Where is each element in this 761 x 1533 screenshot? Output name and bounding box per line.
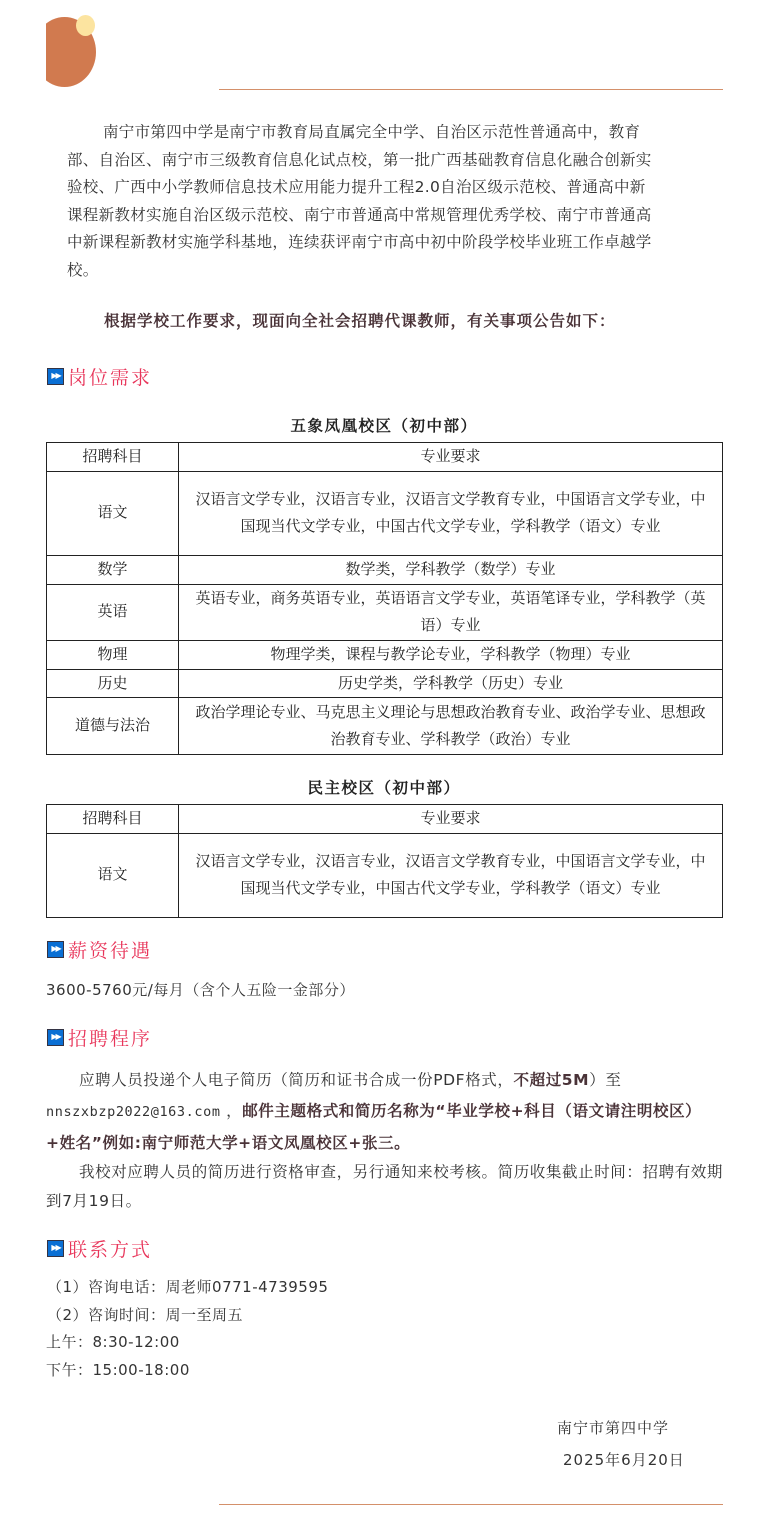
signature-org: 南宁市第四中学 xyxy=(557,1417,669,1438)
requirement-cell: 汉语言文学专业，汉语言专业，汉语言文学教育专业，中国语言文学专业，中国现当代文学… xyxy=(179,471,723,555)
header-subject: 招聘科目 xyxy=(47,805,179,834)
footer-divider xyxy=(219,1504,723,1505)
table-row: 数学 数学类，学科教学（数学）专业 xyxy=(47,555,723,584)
section-title: 招聘程序 xyxy=(68,1024,152,1051)
table-row: 英语 英语专业，商务英语专业，英语语言文学专业，英语笔译专业，学科教学（英语）专… xyxy=(47,584,723,640)
table-row: 历史 历史学类，学科教学（历史）专业 xyxy=(47,669,723,698)
subject-cell: 道德与法治 xyxy=(47,698,179,755)
process-paragraph-2: 我校对应聘人员的简历进行资格审查，另行通知来校考核。简历收集截止时间：招聘有效期… xyxy=(46,1158,726,1216)
email-link[interactable]: nnszxbzp2022@163.com xyxy=(46,1104,221,1120)
requirement-cell: 英语专业，商务英语专业，英语语言文学专业，英语笔译专业，学科教学（英语）专业 xyxy=(179,584,723,640)
subject-cell: 历史 xyxy=(47,669,179,698)
intro-line: 验校、广西中小学教师信息技术应用能力提升工程2.0自治区级示范校、普通高中新 xyxy=(67,174,707,202)
subject-cell: 物理 xyxy=(47,640,179,669)
logo-circle-small xyxy=(76,15,95,36)
table-title-wuxiang: 五象凤凰校区（初中部） xyxy=(46,414,722,436)
requirements-table-wuxiang: 招聘科目 专业要求 语文 汉语言文学专业，汉语言专业，汉语言文学教育专业，中国语… xyxy=(46,442,723,755)
contact-days: （2）咨询时间：周一至周五 xyxy=(47,1304,243,1325)
fast-forward-icon: ▶▶ xyxy=(47,1029,64,1046)
header-subject: 招聘科目 xyxy=(47,443,179,472)
requirement-cell: 物理学类，课程与教学论专业，学科教学（物理）专业 xyxy=(179,640,723,669)
intro-paragraph: 南宁市第四中学是南宁市教育局直属完全中学、自治区示范性普通高中，教育 部、自治区… xyxy=(67,119,707,284)
salary-text: 3600-5760元/每月（含个人五险一金部分） xyxy=(46,979,355,1000)
subject-cell: 语文 xyxy=(47,833,179,917)
requirements-table-minzhu: 招聘科目 专业要求 语文 汉语言文学专业，汉语言专业，汉语言文学教育专业，中国语… xyxy=(46,804,723,918)
fast-forward-icon: ▶▶ xyxy=(47,941,64,958)
table-row: 道德与法治 政治学理论专业、马克思主义理论与思想政治教育专业、政治学专业、思想政… xyxy=(47,698,723,755)
contact-afternoon-hours: 下午：15:00-18:00 xyxy=(46,1359,190,1380)
table-row: 语文 汉语言文学专业，汉语言专业，汉语言文学教育专业，中国语言文学专业，中国现当… xyxy=(47,471,723,555)
requirement-cell: 历史学类，学科教学（历史）专业 xyxy=(179,669,723,698)
header-requirement: 专业要求 xyxy=(179,805,723,834)
intro-line: 南宁市第四中学是南宁市教育局直属完全中学、自治区示范性普通高中，教育 xyxy=(67,119,707,147)
section-header-positions: ▶▶ 岗位需求 xyxy=(47,364,152,388)
section-title: 岗位需求 xyxy=(68,363,152,390)
fast-forward-icon: ▶▶ xyxy=(47,1240,64,1257)
process-text: 应聘人员投递个人电子简历（简历和证书合成一份PDF格式， xyxy=(79,1071,514,1089)
section-header-salary: ▶▶ 薪资待遇 xyxy=(47,937,152,961)
header-divider xyxy=(219,89,723,90)
requirement-cell: 汉语言文学专业，汉语言专业，汉语言文学教育专业，中国语言文学专业，中国现当代文学… xyxy=(179,833,723,917)
subject-cell: 数学 xyxy=(47,555,179,584)
size-limit-text: 不超过5M xyxy=(514,1071,590,1089)
process-paragraph-1: 应聘人员投递个人电子简历（简历和证书合成一份PDF格式，不超过5M）至nnszx… xyxy=(46,1065,726,1159)
signature-date: 2025年6月20日 xyxy=(563,1449,685,1470)
section-header-process: ▶▶ 招聘程序 xyxy=(47,1025,152,1049)
subject-cell: 语文 xyxy=(47,471,179,555)
process-text: 我校对应聘人员的简历进行资格审查，另行通知来校考核。简历收集截止时间：招聘有效期… xyxy=(46,1163,723,1210)
subject-cell: 英语 xyxy=(47,584,179,640)
section-header-contact: ▶▶ 联系方式 xyxy=(47,1236,152,1260)
table-header-row: 招聘科目 专业要求 xyxy=(47,443,723,472)
announcement-text: 根据学校工作要求，现面向全社会招聘代课教师，有关事项公告如下： xyxy=(104,309,616,331)
intro-line: 课程新教材实施自治区级示范校、南宁市普通高中常规管理优秀学校、南宁市普通高 xyxy=(67,202,707,230)
process-text: ）至 xyxy=(589,1071,621,1089)
section-title: 联系方式 xyxy=(68,1235,152,1262)
table-row: 语文 汉语言文学专业，汉语言专业，汉语言文学教育专业，中国语言文学专业，中国现当… xyxy=(47,833,723,917)
intro-line: 部、自治区、南宁市三级教育信息化试点校，第一批广西基础教育信息化融合创新实 xyxy=(67,147,707,175)
contact-morning-hours: 上午：8:30-12:00 xyxy=(46,1331,180,1352)
process-text: ， xyxy=(221,1102,243,1120)
table-header-row: 招聘科目 专业要求 xyxy=(47,805,723,834)
intro-line: 中新课程新教材实施学科基地，连续获评南宁市高中初中阶段学校毕业班工作卓越学 xyxy=(67,229,707,257)
header-requirement: 专业要求 xyxy=(179,443,723,472)
intro-line: 校。 xyxy=(67,257,707,285)
section-title: 薪资待遇 xyxy=(68,936,152,963)
table-row: 物理 物理学类，课程与教学论专业，学科教学（物理）专业 xyxy=(47,640,723,669)
table-title-minzhu: 民主校区（初中部） xyxy=(46,776,722,798)
requirement-cell: 政治学理论专业、马克思主义理论与思想政治教育专业、政治学专业、思想政治教育专业、… xyxy=(179,698,723,755)
contact-phone: （1）咨询电话：周老师0771-4739595 xyxy=(47,1276,328,1297)
requirement-cell: 数学类，学科教学（数学）专业 xyxy=(179,555,723,584)
fast-forward-icon: ▶▶ xyxy=(47,368,64,385)
